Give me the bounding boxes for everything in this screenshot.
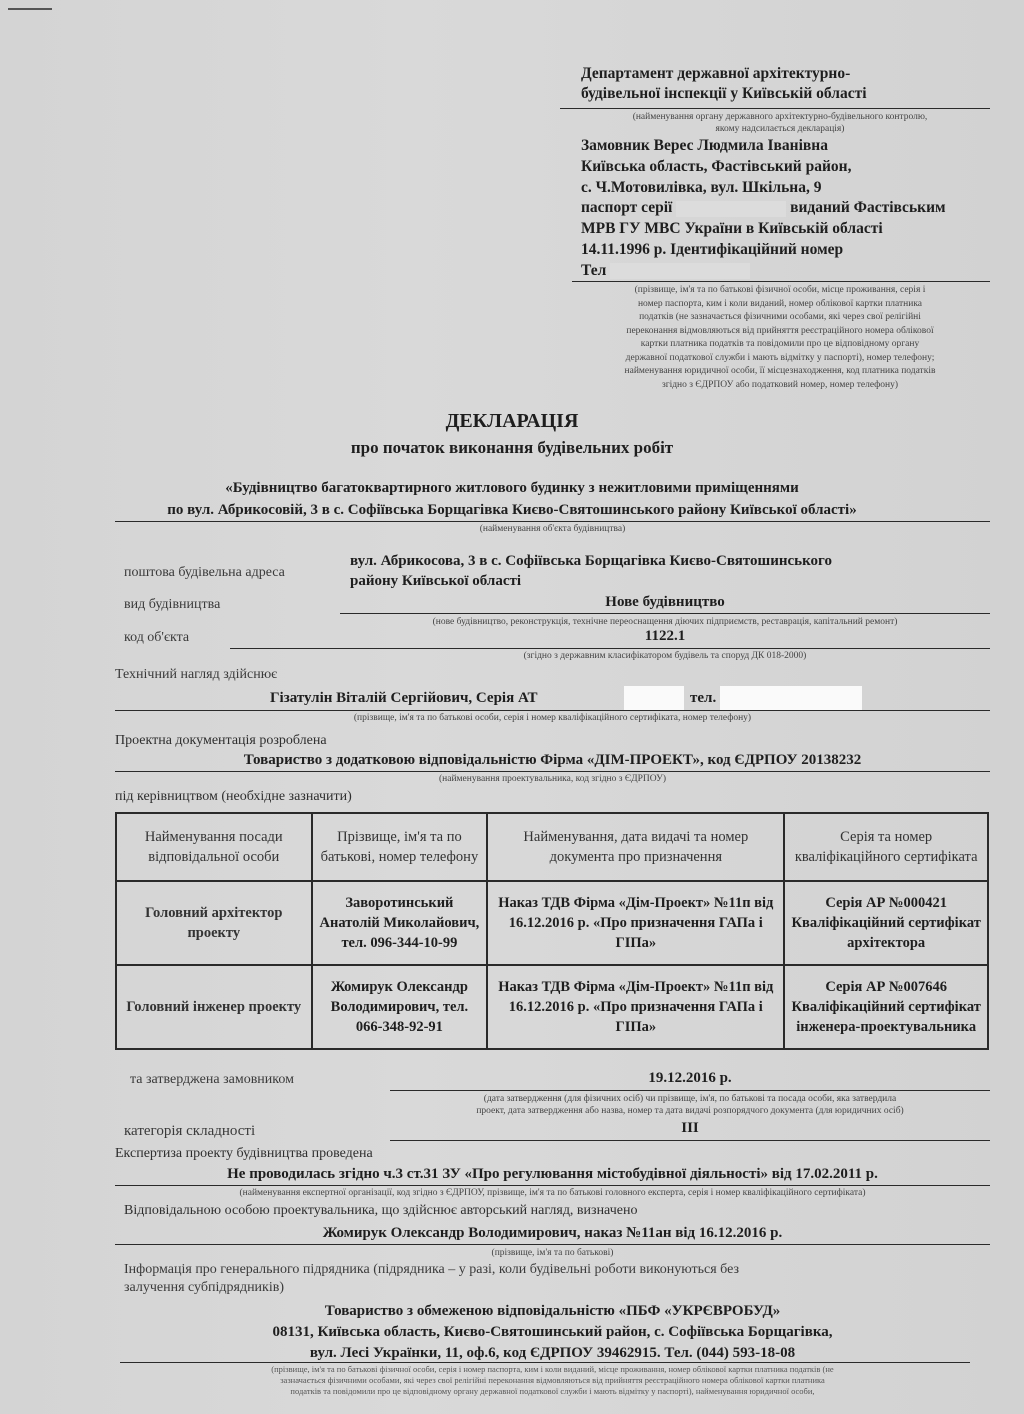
customer-line: Тел <box>581 261 946 282</box>
supervision-label: Технічний нагляд здійснює <box>115 667 277 683</box>
contractor-value-line3: вул. Лесі Українки, 11, оф.6, код ЄДРПОУ… <box>115 1345 990 1362</box>
approval-label: та затверджена замовником <box>130 1072 294 1088</box>
column-header: Серія та номер кваліфікаційного сертифік… <box>784 813 988 881</box>
object-code-value: 1122.1 <box>340 628 990 645</box>
passport-label: паспорт серії <box>581 199 672 216</box>
hint-line: (дата затвердження (для фізичних осіб) ч… <box>390 1093 990 1105</box>
object-code-label: код об'єкта <box>124 630 189 646</box>
cell-document: Наказ ТДВ Фірма «Дім-Проект» №11п від 16… <box>487 881 784 965</box>
postal-address-label: поштова будівельна адреса <box>124 565 285 581</box>
underline <box>115 1185 990 1186</box>
underline <box>120 1362 970 1363</box>
table-row: Головний архітектор проекту Заворотинськ… <box>116 881 988 965</box>
contractor-label-line1: Інформація про генерального підрядника (… <box>124 1262 974 1278</box>
hint-line: податків (не зазначається фізичними особ… <box>565 311 995 325</box>
construction-type-value: Нове будівництво <box>340 594 990 611</box>
author-supervision-label: Відповідальною особою проектувальника, щ… <box>124 1203 637 1219</box>
postal-address-line2: району Київської області <box>350 573 521 590</box>
redacted-passport <box>676 201 786 217</box>
cell-person: Жомирук Олександр Володимирович, тел. 06… <box>312 965 488 1049</box>
customer-line: МРВ ГУ МВС України в Київській області <box>581 219 946 240</box>
contractor-label-line2: залучення субпідрядників) <box>124 1280 284 1296</box>
hint-line: податків та повідомили про це відповідно… <box>115 1386 990 1397</box>
hint-line: картки платника податків та повідомили п… <box>565 338 995 352</box>
underline <box>115 521 990 522</box>
cell-position: Головний архітектор проекту <box>116 881 312 965</box>
contractor-value-line1: Товариство з обмеженою відповідальністю … <box>115 1303 990 1320</box>
supervision-tel-label: тел. <box>690 690 716 707</box>
approval-hint: (дата затвердження (для фізичних осіб) ч… <box>390 1093 990 1117</box>
supervision-hint: (прізвище, ім'я та по батькові особи, се… <box>115 712 990 724</box>
customer-hint: (прізвище, ім'я та по батькові фізичної … <box>565 284 995 392</box>
expertise-hint: (найменування експертної організації, ко… <box>115 1187 990 1199</box>
underline <box>390 1140 990 1141</box>
scan-mark <box>8 8 52 10</box>
declaration-page: Департамент державної архітектурно- буді… <box>0 0 1024 1414</box>
cell-person: Заворотинський Анатолій Миколайович, тел… <box>312 881 488 965</box>
complexity-label: категорія складності <box>124 1123 255 1140</box>
underline <box>572 281 990 282</box>
author-supervision-hint: (прізвище, ім'я та по батькові) <box>115 1247 990 1259</box>
column-header: Найменування посади відповідальної особи <box>116 813 312 881</box>
redacted-phone <box>610 263 750 279</box>
hint-line: найменування юридичної особи, її місцезн… <box>565 365 995 379</box>
contractor-hint: (прізвище, ім'я та по батькові фізичної … <box>115 1364 990 1397</box>
addressee-line: будівельної інспекції у Київській област… <box>581 84 867 104</box>
addressee-block: Департамент державної архітектурно- буді… <box>581 64 867 104</box>
document-title: ДЕКЛАРАЦІЯ <box>0 410 1024 433</box>
cell-position: Головний інженер проекту <box>116 965 312 1049</box>
phone-label: Тел <box>581 262 606 279</box>
design-hint: (найменування проектувальника, код згідн… <box>115 773 990 785</box>
expertise-value: Не проводилась згідно ч.3 ст.31 ЗУ «Про … <box>115 1166 990 1183</box>
redacted-certificate <box>624 686 684 710</box>
customer-line: Замовник Верес Людмила Іванівна <box>581 136 946 157</box>
underline <box>560 108 990 109</box>
hint-line: зазначається фізичними особами, які чере… <box>115 1375 990 1386</box>
object-name-line2: по вул. Абрикосовій, 3 в с. Софіївська Б… <box>0 502 1024 519</box>
underline <box>390 1090 990 1091</box>
hint-line: переконання відмовляються від прийняття … <box>565 325 995 339</box>
cell-certificate: Серія АР №000421 Кваліфікаційний сертифі… <box>784 881 988 965</box>
object-hint: (найменування об'єкта будівництва) <box>115 523 990 535</box>
customer-line: с. Ч.Мотовилівка, вул. Шкільна, 9 <box>581 178 946 199</box>
table-row: Головний інженер проекту Жомирук Олексан… <box>116 965 988 1049</box>
hint-line: (прізвище, ім'я та по батькові фізичної … <box>115 1364 990 1375</box>
cell-document: Наказ ТДВ Фірма «Дім-Проект» №11п від 16… <box>487 965 784 1049</box>
supervision-value: Гізатулін Віталій Сергійович, Серія АТ <box>270 690 538 707</box>
hint-line: державної податкової служби і мають відм… <box>565 352 995 366</box>
customer-block: Замовник Верес Людмила Іванівна Київська… <box>581 136 946 282</box>
hint-line: номер паспорта, ким і коли виданий, номе… <box>565 298 995 312</box>
cell-certificate: Серія АР №007646 Кваліфікаційний сертифі… <box>784 965 988 1049</box>
table-header-row: Найменування посади відповідальної особи… <box>116 813 988 881</box>
underline <box>340 613 990 614</box>
hint-line: проект, дата затвердження або назва, ном… <box>390 1105 990 1117</box>
underline <box>115 1244 990 1245</box>
addressee-hint: (найменування органу державного архітект… <box>570 111 990 135</box>
author-supervision-value: Жомирук Олександр Володимирович, наказ №… <box>115 1225 990 1242</box>
hint-line: (прізвище, ім'я та по батькові фізичної … <box>565 284 995 298</box>
customer-line: Київська область, Фастівський район, <box>581 157 946 178</box>
design-value: Товариство з додатковою відповідальністю… <box>115 752 990 769</box>
redacted-phone <box>720 686 862 710</box>
postal-address-line1: вул. Абрикосова, 3 в с. Софіївська Борща… <box>350 553 832 570</box>
expertise-label: Експертиза проекту будівництва проведена <box>115 1146 373 1162</box>
responsible-persons-table: Найменування посади відповідальної особи… <box>115 812 989 1050</box>
design-label: Проектна документація розроблена <box>115 733 327 749</box>
object-code-hint: (згідно з державним класифікатором будів… <box>340 650 990 662</box>
contractor-value-line2: 08131, Київська область, Києво-Святошинс… <box>115 1324 990 1341</box>
column-header: Прізвище, ім'я та по батькові, номер тел… <box>312 813 488 881</box>
construction-type-hint: (нове будівництво, реконструкція, техніч… <box>340 616 990 628</box>
issued-by: виданий Фастівським <box>790 199 945 216</box>
customer-line: 14.11.1996 р. Ідентифікаційний номер <box>581 240 946 261</box>
column-header: Найменування, дата видачі та номер докум… <box>487 813 784 881</box>
hint-line: (найменування органу державного архітект… <box>570 111 990 123</box>
object-name-line1: «Будівництво багатоквартирного житлового… <box>0 480 1024 497</box>
hint-line: згідно з ЄДРПОУ або податковий номер, но… <box>565 379 995 393</box>
hint-line: якому надсилається декларація) <box>570 123 990 135</box>
customer-line: паспорт серії виданий Фастівським <box>581 198 946 219</box>
management-label: під керівництвом (необхідне зазначити) <box>115 789 352 805</box>
underline <box>230 648 990 649</box>
underline <box>115 710 990 711</box>
underline <box>115 771 990 772</box>
document-subtitle: про початок виконання будівельних робіт <box>0 438 1024 458</box>
addressee-line: Департамент державної архітектурно- <box>581 64 867 84</box>
construction-type-label: вид будівництва <box>124 597 220 613</box>
complexity-value: III <box>390 1120 990 1137</box>
approval-value: 19.12.2016 р. <box>390 1070 990 1087</box>
